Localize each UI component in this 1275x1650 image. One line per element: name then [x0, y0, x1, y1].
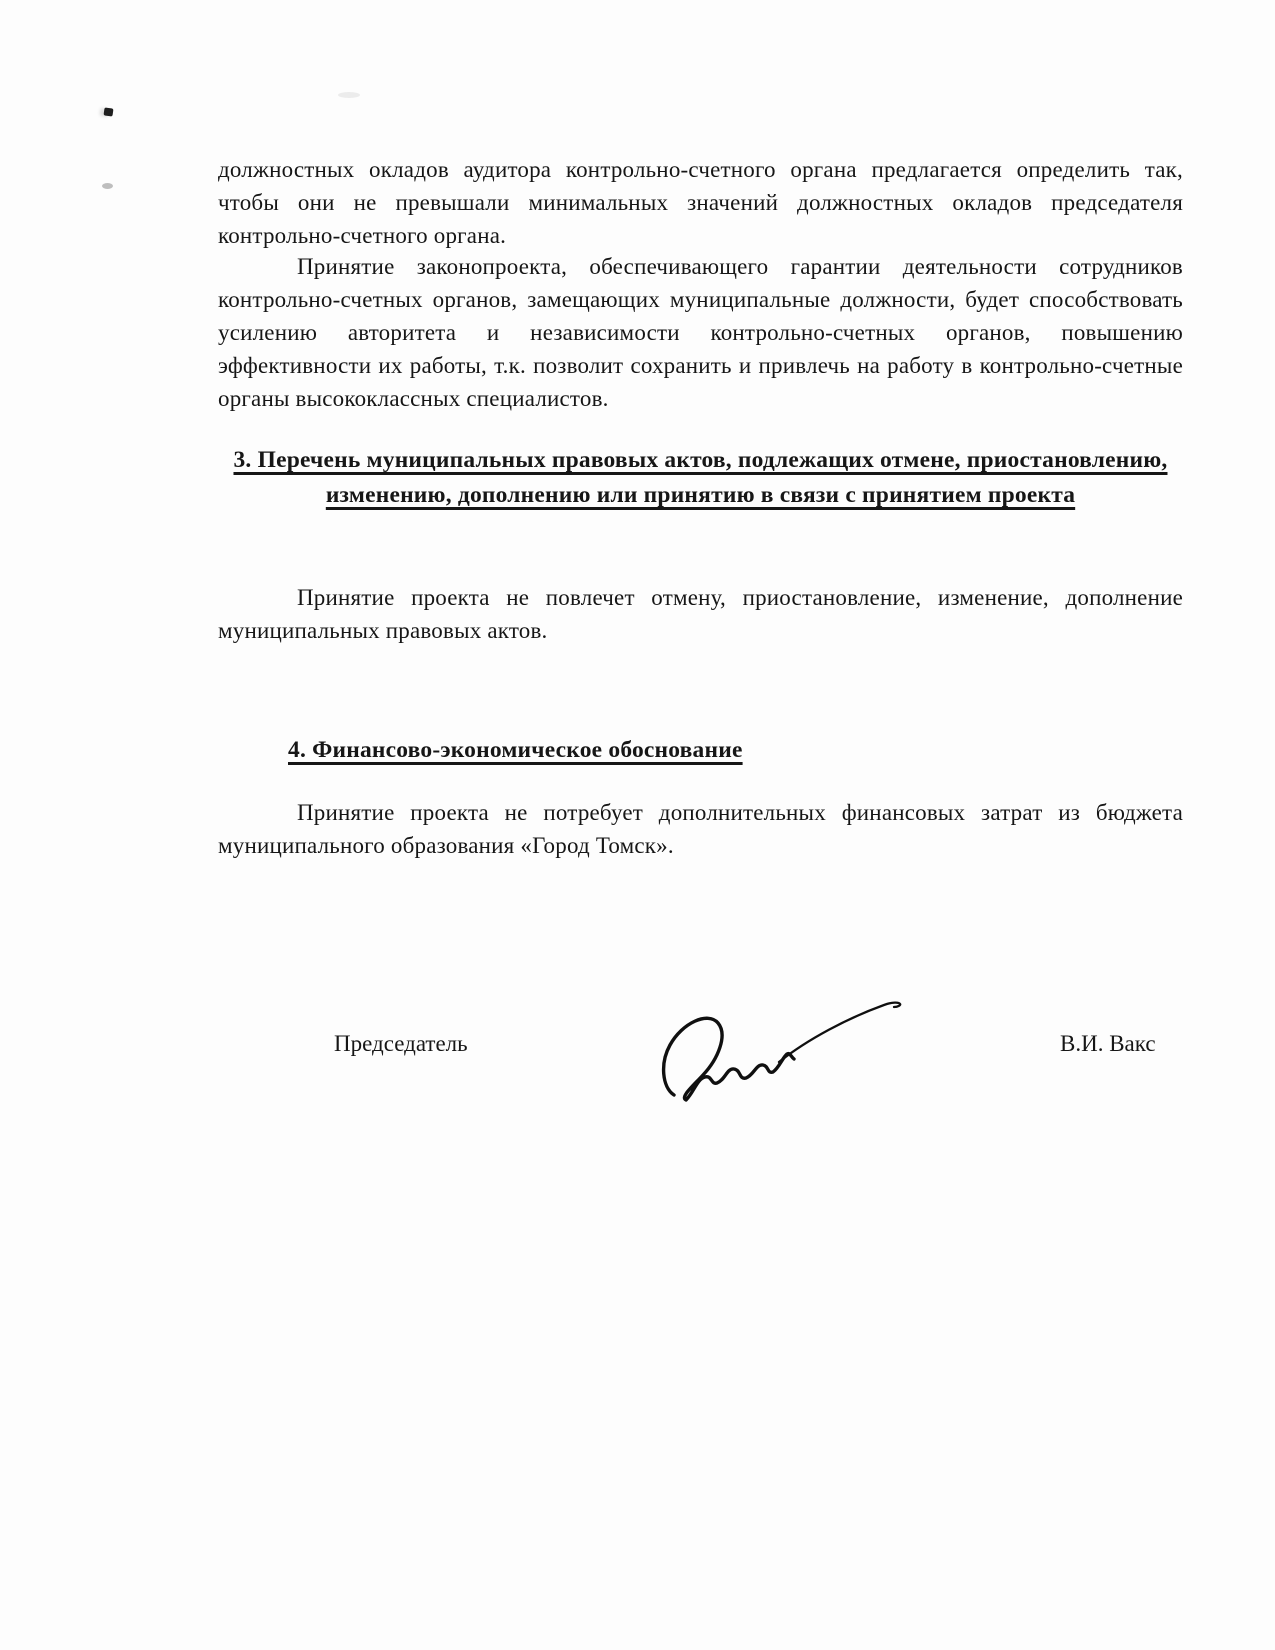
paragraph-lawproject-benefits: Принятие законопроекта, обеспечивающего … [218, 250, 1183, 415]
signatory-name: В.И. Вакс [1060, 1031, 1156, 1057]
scan-speck-icon [102, 183, 113, 189]
section-3-heading: 3. Перечень муниципальных правовых актов… [218, 443, 1183, 513]
paragraph-no-costs: Принятие проекта не потребует дополнител… [218, 796, 1183, 862]
document-page: должностных окладов аудитора контрольно-… [0, 0, 1275, 1650]
signature-position-title: Председатель [334, 1031, 468, 1057]
scan-speck-icon [103, 107, 113, 116]
signature-block: Председатель В.И. Вакс [218, 983, 1183, 1153]
text-column: должностных окладов аудитора контрольно-… [218, 153, 1183, 1553]
handwritten-signature-icon [658, 989, 906, 1107]
scan-speck-icon [338, 92, 360, 98]
section-4-heading: 4. Финансово-экономическое обоснование [288, 733, 1183, 767]
paragraph-no-repeal: Принятие проекта не повлечет отмену, при… [218, 581, 1183, 647]
paragraph-continuation: должностных окладов аудитора контрольно-… [218, 153, 1183, 252]
